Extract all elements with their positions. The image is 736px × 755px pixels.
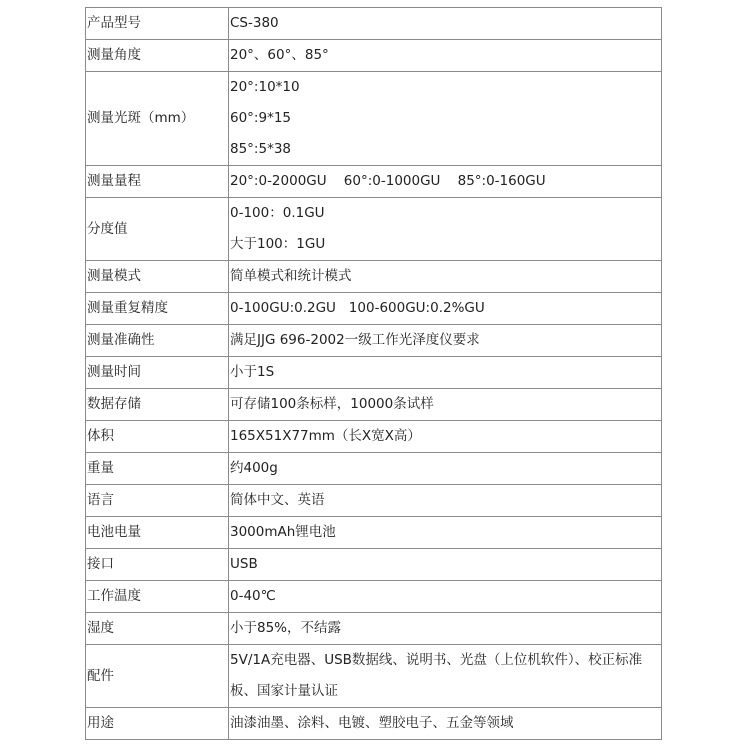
value-text: 20°、60°、85° xyxy=(230,40,661,71)
label-cell: 测量量程 xyxy=(86,166,229,198)
label-cell: 语言 xyxy=(86,485,229,517)
value-cell: 小于85%，不结露 xyxy=(229,613,662,645)
table-row: 测量模式 简单模式和统计模式 xyxy=(86,261,662,293)
value-text: CS-380 xyxy=(230,8,661,39)
table-row: 测量准确性 满足JJG 696-2002一级工作光泽度仪要求 xyxy=(86,325,662,357)
table-row: 用途 油漆油墨、涂料、电镀、塑胶电子、五金等领域 xyxy=(86,708,662,740)
value-cell: 0-100GU:0.2GU 100-600GU:0.2%GU xyxy=(229,293,662,325)
label-cell: 电池电量 xyxy=(86,517,229,549)
value-text: 60°:9*15 xyxy=(230,103,661,134)
value-text: 简单模式和统计模式 xyxy=(230,261,661,292)
value-text: 3000mAh锂电池 xyxy=(230,517,661,548)
value-cell: 简单模式和统计模式 xyxy=(229,261,662,293)
label-cell: 测量模式 xyxy=(86,261,229,293)
value-cell: USB xyxy=(229,549,662,581)
value-cell: 简体中文、英语 xyxy=(229,485,662,517)
value-cell: 20°、60°、85° xyxy=(229,40,662,72)
value-text: 小于85%，不结露 xyxy=(230,613,661,644)
value-text: 约400g xyxy=(230,453,661,484)
table-row: 测量时间 小于1S xyxy=(86,357,662,389)
table-row: 分度值 0-100：0.1GU 大于100：1GU xyxy=(86,198,662,261)
value-cell: CS-380 xyxy=(229,8,662,40)
table-row: 数据存储 可存储100条标样，10000条试样 xyxy=(86,389,662,421)
table-row: 电池电量 3000mAh锂电池 xyxy=(86,517,662,549)
value-text: 20°:10*10 xyxy=(230,72,661,103)
value-text: 油漆油墨、涂料、电镀、塑胶电子、五金等领域 xyxy=(230,708,661,739)
value-text: 满足JJG 696-2002一级工作光泽度仪要求 xyxy=(230,325,661,356)
value-text: 5V/1A充电器、USB数据线、说明书、光盘（上位机软件）、校正标准板、国家计量… xyxy=(230,645,661,707)
label-cell: 配件 xyxy=(86,645,229,708)
label-cell: 产品型号 xyxy=(86,8,229,40)
value-text: 0-40℃ xyxy=(230,581,661,612)
table-row: 重量 约400g xyxy=(86,453,662,485)
spec-table: 产品型号 CS-380 测量角度 20°、60°、85° 测量光斑（mm） 20… xyxy=(85,7,662,740)
value-cell: 可存储100条标样，10000条试样 xyxy=(229,389,662,421)
table-row: 体积 165X51X77mm（长X宽X高） xyxy=(86,421,662,453)
table-row: 测量量程 20°:0-2000GU 60°:0-1000GU 85°:0-160… xyxy=(86,166,662,198)
value-cell: 满足JJG 696-2002一级工作光泽度仪要求 xyxy=(229,325,662,357)
value-text: 20°:0-2000GU 60°:0-1000GU 85°:0-160GU xyxy=(230,166,661,197)
table-row: 工作温度 0-40℃ xyxy=(86,581,662,613)
value-cell: 165X51X77mm（长X宽X高） xyxy=(229,421,662,453)
value-cell: 20°:10*10 60°:9*15 85°:5*38 xyxy=(229,72,662,166)
value-text: 0-100GU:0.2GU 100-600GU:0.2%GU xyxy=(230,293,661,324)
value-cell: 3000mAh锂电池 xyxy=(229,517,662,549)
label-cell: 数据存储 xyxy=(86,389,229,421)
value-text: 小于1S xyxy=(230,357,661,388)
value-cell: 小于1S xyxy=(229,357,662,389)
value-cell: 5V/1A充电器、USB数据线、说明书、光盘（上位机软件）、校正标准板、国家计量… xyxy=(229,645,662,708)
label-cell: 用途 xyxy=(86,708,229,740)
label-cell: 接口 xyxy=(86,549,229,581)
value-cell: 0-100：0.1GU 大于100：1GU xyxy=(229,198,662,261)
value-cell: 约400g xyxy=(229,453,662,485)
table-row: 接口 USB xyxy=(86,549,662,581)
label-cell: 测量角度 xyxy=(86,40,229,72)
label-cell: 测量时间 xyxy=(86,357,229,389)
value-cell: 油漆油墨、涂料、电镀、塑胶电子、五金等领域 xyxy=(229,708,662,740)
label-cell: 体积 xyxy=(86,421,229,453)
table-row: 产品型号 CS-380 xyxy=(86,8,662,40)
value-text: 85°:5*38 xyxy=(230,134,661,165)
value-text: 大于100：1GU xyxy=(230,229,661,260)
value-text: USB xyxy=(230,549,661,580)
value-text: 可存储100条标样，10000条试样 xyxy=(230,389,661,420)
table-row: 湿度 小于85%，不结露 xyxy=(86,613,662,645)
table-row: 配件 5V/1A充电器、USB数据线、说明书、光盘（上位机软件）、校正标准板、国… xyxy=(86,645,662,708)
table-row: 测量角度 20°、60°、85° xyxy=(86,40,662,72)
table-row: 测量光斑（mm） 20°:10*10 60°:9*15 85°:5*38 xyxy=(86,72,662,166)
label-cell: 测量光斑（mm） xyxy=(86,72,229,166)
label-cell: 重量 xyxy=(86,453,229,485)
label-cell: 测量准确性 xyxy=(86,325,229,357)
value-text: 0-100：0.1GU xyxy=(230,198,661,229)
label-cell: 测量重复精度 xyxy=(86,293,229,325)
table-row: 测量重复精度 0-100GU:0.2GU 100-600GU:0.2%GU xyxy=(86,293,662,325)
label-cell: 湿度 xyxy=(86,613,229,645)
label-cell: 工作温度 xyxy=(86,581,229,613)
value-cell: 0-40℃ xyxy=(229,581,662,613)
value-text: 165X51X77mm（长X宽X高） xyxy=(230,421,661,452)
table-row: 语言 简体中文、英语 xyxy=(86,485,662,517)
value-cell: 20°:0-2000GU 60°:0-1000GU 85°:0-160GU xyxy=(229,166,662,198)
label-cell: 分度值 xyxy=(86,198,229,261)
value-text: 简体中文、英语 xyxy=(230,485,661,516)
